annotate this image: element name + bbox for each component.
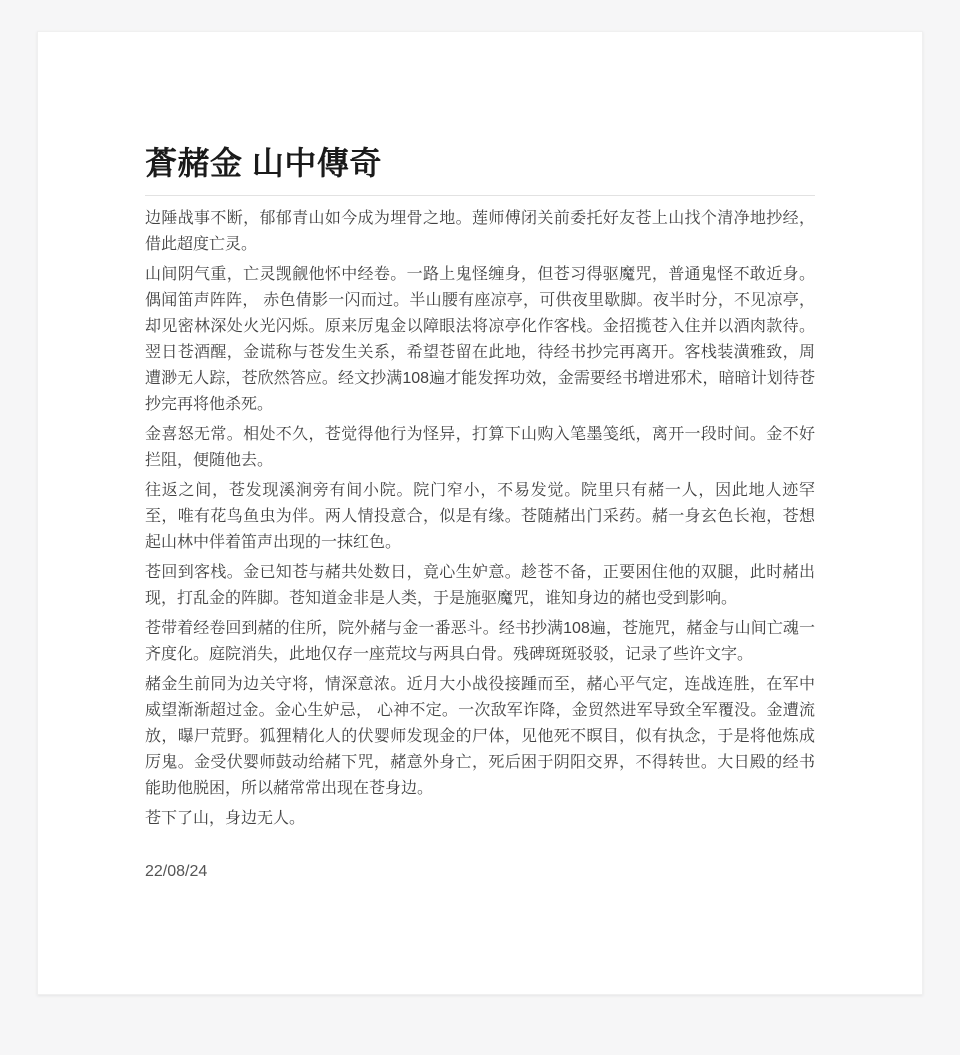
story-paragraph: 往返之间，苍发现溪涧旁有间小院。院门窄小，不易发觉。院里只有赭一人，因此地人迹罕… [145,478,815,556]
story-paragraph: 苍下了山，身边无人。 [145,806,815,832]
page-title: 蒼赭金 山中傳奇 [145,144,815,182]
story-paragraph: 赭金生前同为边关守将，情深意浓。近月大小战役接踵而至，赭心平气定，连战连胜，在军… [145,672,815,802]
story-body: 边陲战事不断，郁郁青山如今成为埋骨之地。莲师傅闭关前委托好友苍上山找个清净地抄经… [145,206,815,832]
article-card: 蒼赭金 山中傳奇 边陲战事不断，郁郁青山如今成为埋骨之地。莲师傅闭关前委托好友苍… [37,31,923,995]
story-paragraph: 边陲战事不断，郁郁青山如今成为埋骨之地。莲师傅闭关前委托好友苍上山找个清净地抄经… [145,206,815,258]
story-paragraph: 苍带着经卷回到赭的住所，院外赭与金一番恶斗。经书抄满108遍，苍施咒，赭金与山间… [145,616,815,668]
title-divider [145,195,815,196]
story-paragraph: 山间阴气重，亡灵觊觎他怀中经卷。一路上鬼怪缠身，但苍习得驱魔咒，普通鬼怪不敢近身… [145,262,815,418]
publish-date: 22/08/24 [145,862,815,882]
story-paragraph: 苍回到客栈。金已知苍与赭共处数日，竟心生妒意。趁苍不备，正要困住他的双腿，此时赭… [145,560,815,612]
story-paragraph: 金喜怒无常。相处不久，苍觉得他行为怪异，打算下山购入笔墨笺纸，离开一段时间。金不… [145,422,815,474]
